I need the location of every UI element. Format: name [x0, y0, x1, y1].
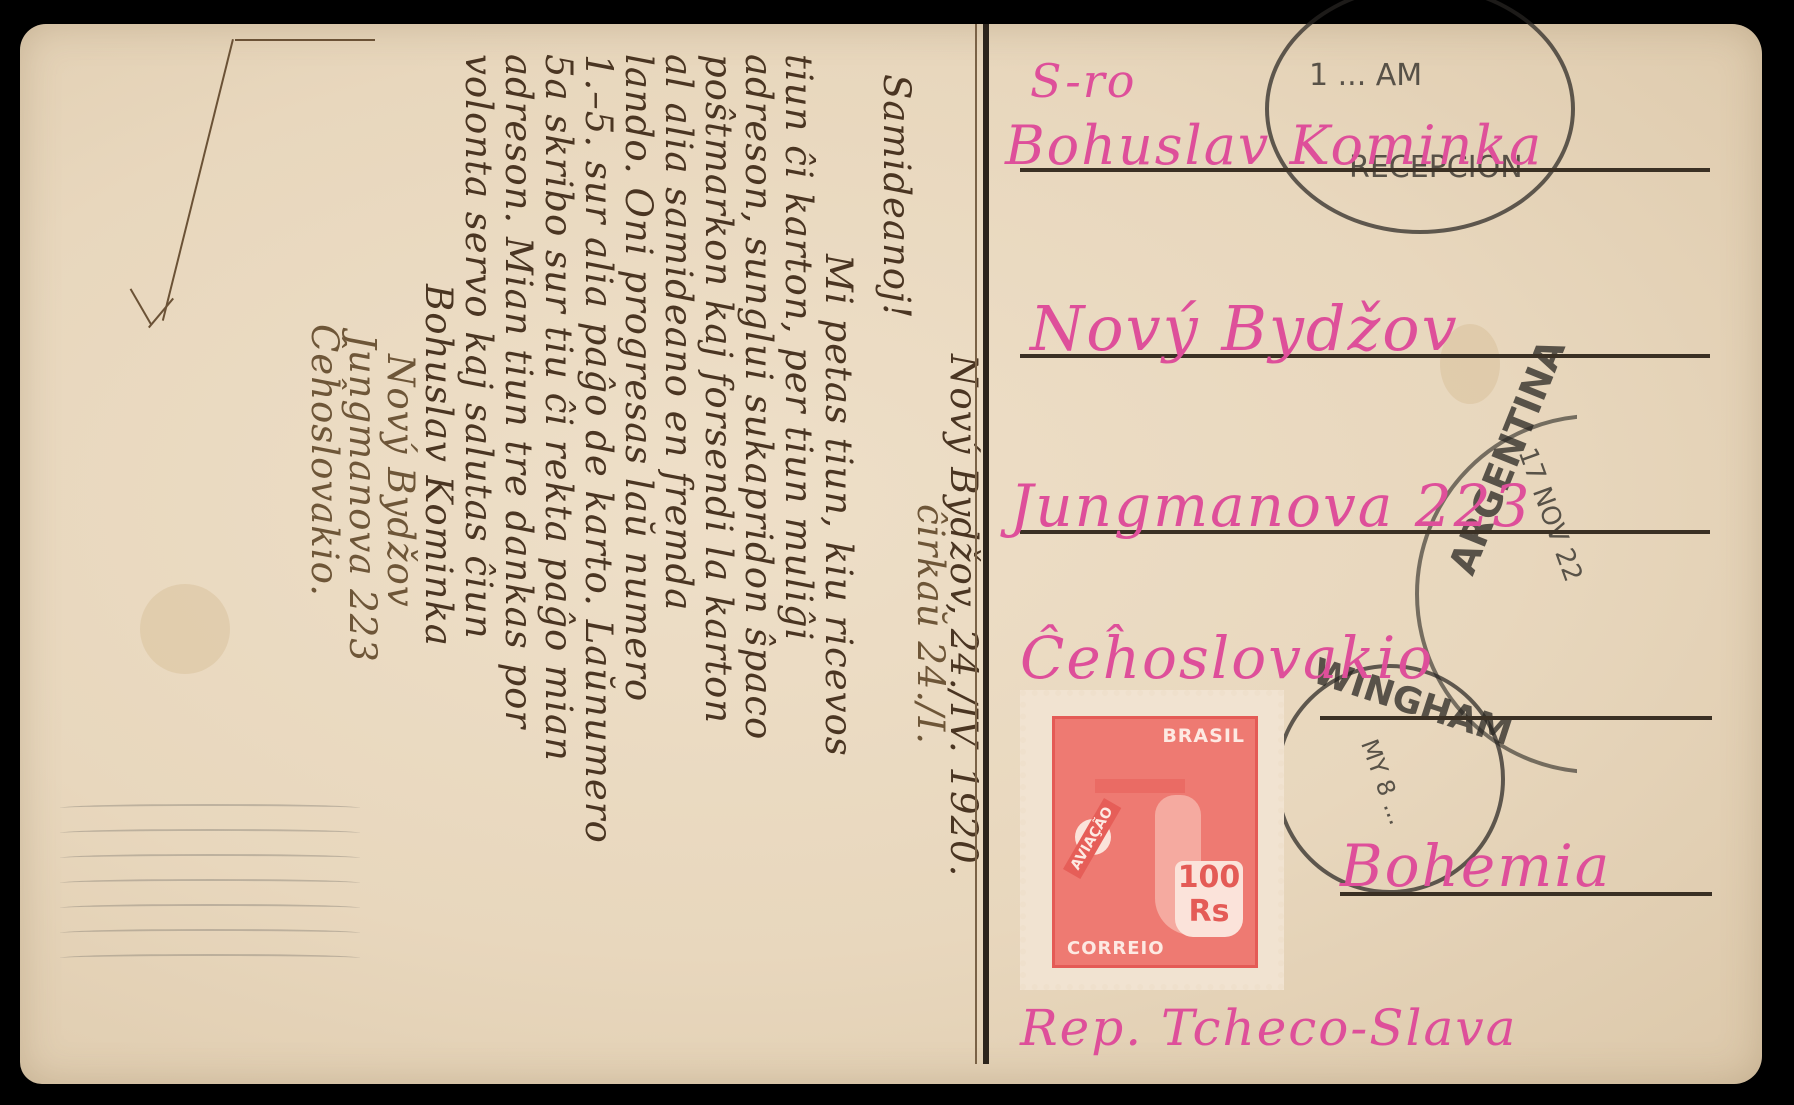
address-rule [1320, 716, 1712, 720]
stain [140, 584, 230, 674]
address-city: Nový Bydžov [1030, 292, 1459, 365]
airplane-icon [1095, 779, 1185, 793]
address-name: Bohuslav Kominka [1005, 114, 1543, 177]
stamp-caption: CORREIO [1067, 938, 1165, 959]
divider-line [975, 24, 977, 1064]
stamp-theme: AVIAÇÃO [1063, 798, 1121, 879]
divider-line [983, 24, 989, 1064]
address-republic: Rep. Tcheco-Slava [1020, 999, 1517, 1057]
stamp-value: 100 Rs [1175, 861, 1243, 937]
address-street: Jungmanova 223 [1010, 472, 1531, 540]
signature-line: Ĉeĥoslovakio. [306, 54, 354, 1064]
address-country: Ĉeĥoslovakio [1020, 624, 1434, 692]
postcard: Nový Bydžov, 24./IV. 1920. ĉirkaŭ 24./I.… [20, 24, 1762, 1084]
address-salutation: S-ro [1030, 54, 1136, 108]
message-line: Samideanoj! [878, 54, 926, 1064]
stamp-design: BRASIL AVIAÇÃO 100 Rs CORREIO [1052, 716, 1258, 968]
address-region: Bohemia [1340, 832, 1611, 900]
postage-stamp: BRASIL AVIAÇÃO 100 Rs CORREIO [1020, 690, 1284, 990]
stamp-country: BRASIL [1162, 725, 1245, 747]
